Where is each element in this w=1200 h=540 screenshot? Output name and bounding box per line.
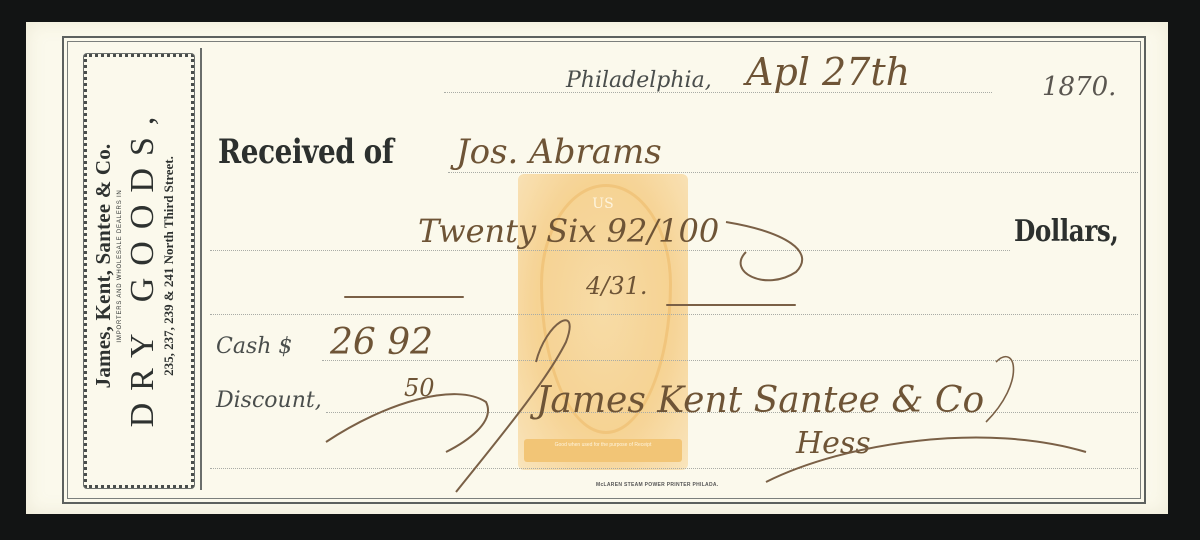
signature-flourishes	[26, 22, 1168, 514]
printer-imprint: McLAREN STEAM POWER PRINTER PHILADA.	[596, 482, 718, 488]
receipt-paper: James, Kent, Santee & Co. IMPORTERS AND …	[26, 22, 1168, 514]
